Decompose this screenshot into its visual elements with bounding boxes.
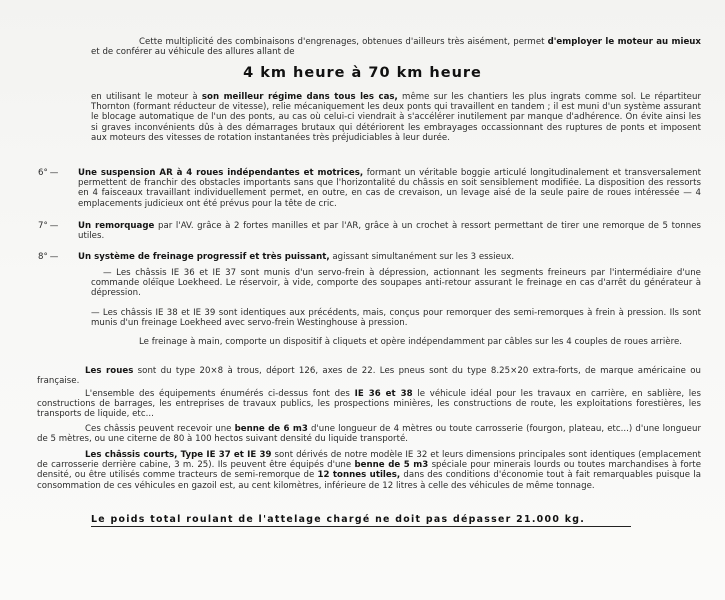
transmission-paragraph: en utilisant le moteur à son meilleur ré… <box>91 92 701 143</box>
item-8-title: Un système de freinage progressif et trè… <box>78 252 330 262</box>
brakes-ie36-ie37: — Les châssis IE 36 et IE 37 sont munis … <box>91 268 701 299</box>
wheels-text: sont du type 20×8 à trous, déport 126, a… <box>37 366 701 386</box>
item-8-text: agissant simultanément sur les 3 essieux… <box>330 252 515 262</box>
item-6-title: Une suspension AR à 4 roues indépendante… <box>78 168 363 178</box>
speed-range-headline: 4 km heure à 70 km heure <box>0 65 725 81</box>
item-7-number: 7°— <box>38 221 62 231</box>
intro-emphasis: d'employer le moteur au mieux <box>548 37 701 47</box>
brakes-ie36-text: — Les châssis IE 36 et IE 37 sont munis … <box>91 268 701 298</box>
short-chassis-paragraph: Les châssis courts, Type IE 37 et IE 39 … <box>37 450 701 491</box>
benne-emphasis: benne de 6 m3 <box>235 424 308 434</box>
intro-paragraph: Cette multiplicité des combinaisons d'en… <box>91 37 701 57</box>
ensemble-paragraph: L'ensemble des équipements énumérés ci-d… <box>37 389 701 420</box>
wheels-paragraph: Les roues sont du type 20×8 à trous, dép… <box>37 366 701 386</box>
item-6-suspension: Une suspension AR à 4 roues indépendante… <box>78 168 701 209</box>
brakes-ie38-text: — Les châssis IE 38 et IE 39 sont identi… <box>91 308 701 328</box>
courts-emphasis-benne: benne de 5 m3 <box>355 460 429 470</box>
handbrake-paragraph: Le freinage à main, comporte un disposit… <box>91 337 701 347</box>
max-weight-statement: Le poids total roulant de l'attelage cha… <box>91 514 631 527</box>
item-7-text: par l'AV. grâce à 2 fortes manilles et p… <box>78 221 701 241</box>
courts-emphasis-tonnes: 12 tonnes utiles, <box>317 470 400 480</box>
brakes-ie38-ie39: — Les châssis IE 38 et IE 39 sont identi… <box>91 308 701 328</box>
benne-paragraph: Ces châssis peuvent recevoir une benne d… <box>37 424 701 444</box>
benne-text: Ces châssis peuvent recevoir une <box>85 424 235 434</box>
item-8-braking: Un système de freinage progressif et trè… <box>78 252 701 262</box>
item-7-title: Un remorquage <box>78 221 154 231</box>
ensemble-emphasis: IE 36 et 38 <box>355 389 413 399</box>
intro-text-after: et de conférer au véhicule des allures a… <box>91 47 295 57</box>
para1-emphasis: son meilleur régime dans tous les cas, <box>202 92 398 102</box>
item-7-towing: Un remorquage par l'AV. grâce à 2 fortes… <box>78 221 701 241</box>
item-8-number: 8°— <box>38 252 62 262</box>
wheels-title: Les roues <box>85 366 133 376</box>
document-page: Cette multiplicité des combinaisons d'en… <box>0 0 725 600</box>
intro-text: Cette multiplicité des combinaisons d'en… <box>139 37 548 47</box>
courts-title: Les châssis courts, Type IE 37 et IE 39 <box>85 450 271 460</box>
ensemble-text: L'ensemble des équipements énumérés ci-d… <box>85 389 355 399</box>
para1-text: en utilisant le moteur à <box>91 92 202 102</box>
handbrake-text: Le freinage à main, comporte un disposit… <box>139 337 682 347</box>
item-6-number: 6°— <box>38 168 62 178</box>
